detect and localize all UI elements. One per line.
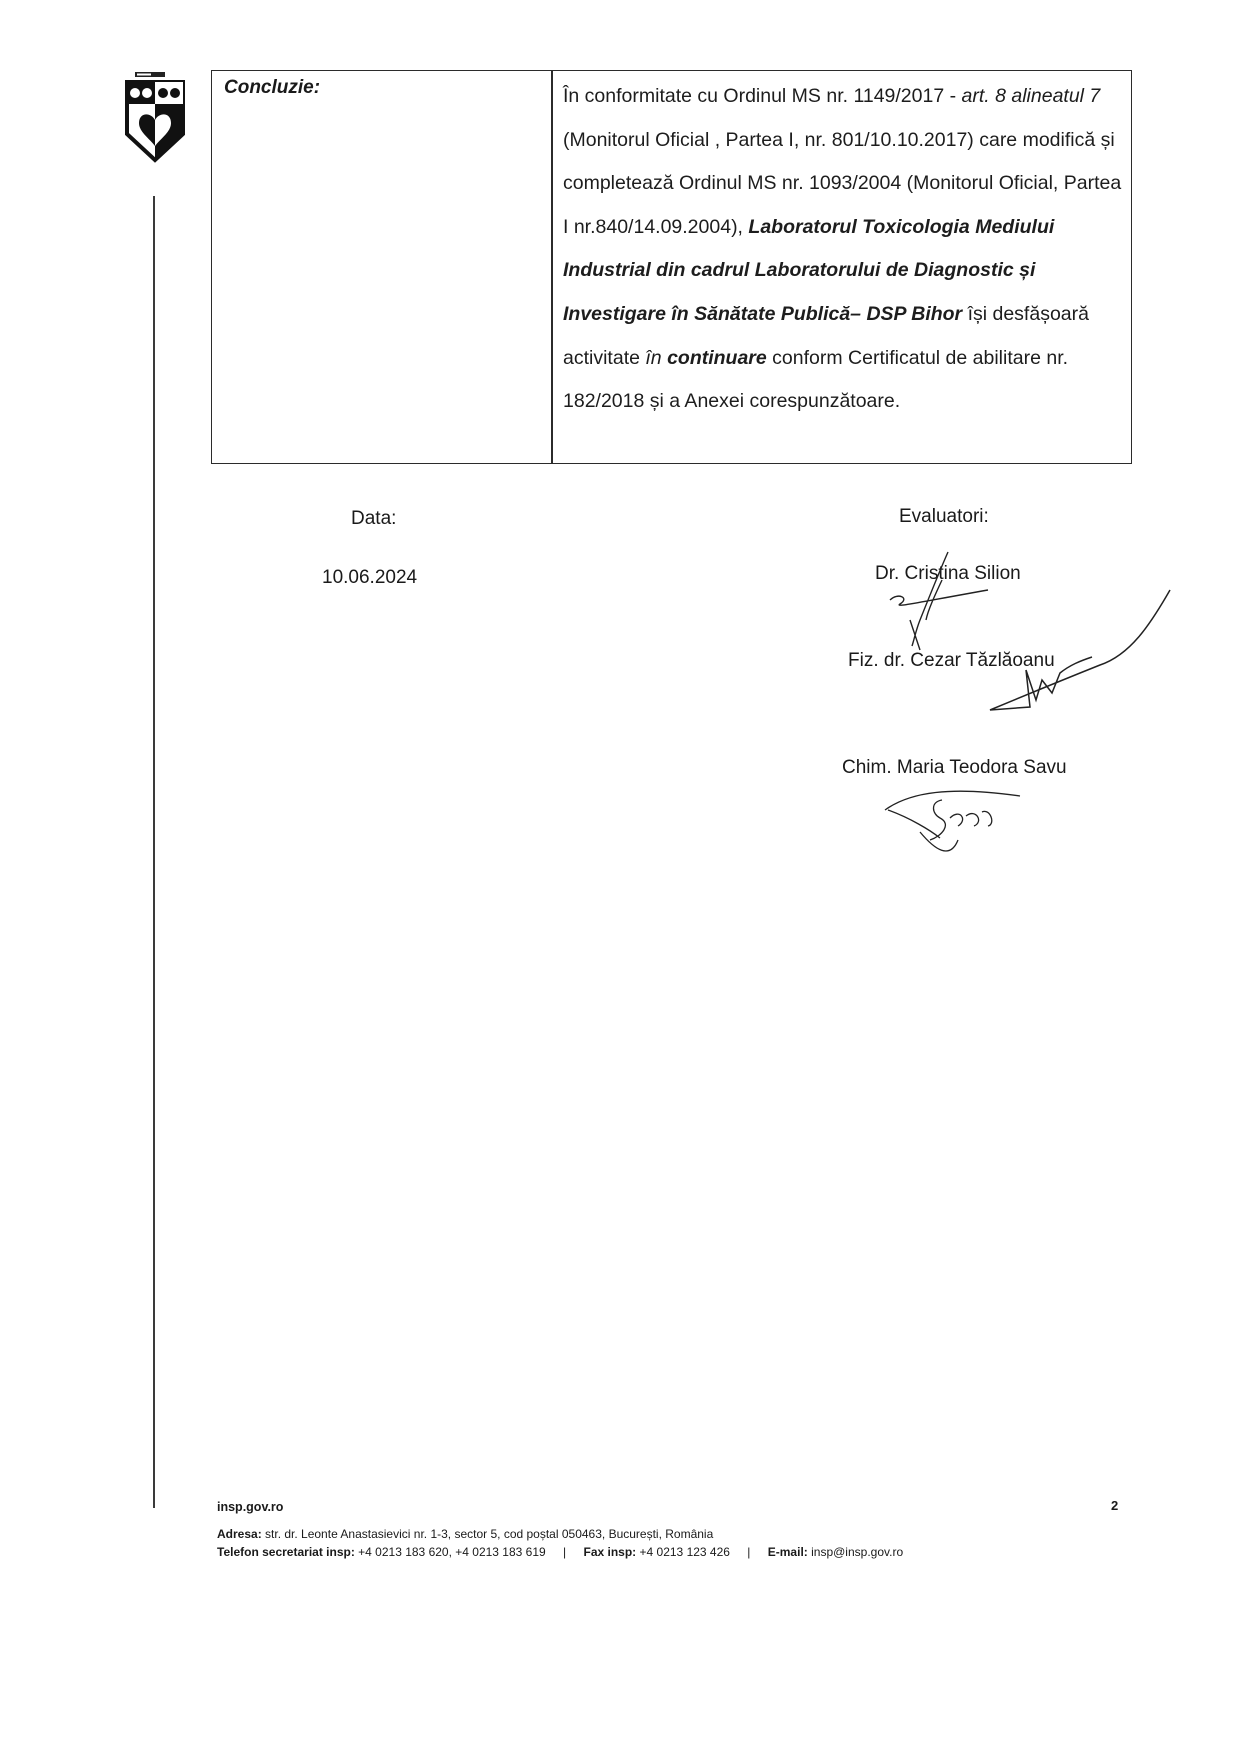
handwritten-signature-icon — [880, 780, 1030, 860]
evaluators-label: Evaluatori: — [899, 506, 989, 528]
conclusion-table: Concluzie: În conformitate cu Ordinul MS… — [211, 70, 1132, 464]
phone-value: +4 0213 183 620, +4 0213 183 619 — [355, 1545, 546, 1559]
evaluator-name: Dr. Cristina Silion — [875, 563, 1021, 585]
conclusion-segment: În conformitate cu Ordinul MS nr. 1149/2… — [563, 85, 962, 107]
footer-contacts: Telefon secretariat insp: +4 0213 183 62… — [217, 1545, 903, 1559]
footer-website: insp.gov.ro — [217, 1500, 283, 1514]
date-label: Data: — [351, 508, 396, 530]
email-label: E-mail: — [768, 1545, 808, 1559]
footer-address: Adresa: str. dr. Leonte Anastasievici nr… — [217, 1527, 713, 1541]
address-value: str. dr. Leonte Anastasievici nr. 1-3, s… — [262, 1527, 714, 1541]
email-value: insp@insp.gov.ro — [808, 1545, 903, 1559]
margin-rule — [153, 196, 155, 1508]
date-value: 10.06.2024 — [322, 567, 417, 589]
separator: | — [563, 1545, 566, 1559]
conclusion-segment: continuare — [667, 347, 767, 369]
separator: | — [747, 1545, 750, 1559]
conclusion-segment: art. 8 alineatul 7 — [962, 85, 1101, 107]
fax-label: Fax insp: — [584, 1545, 637, 1559]
shield-heart-logo-icon — [123, 72, 187, 164]
conclusion-text: În conformitate cu Ordinul MS nr. 1149/2… — [563, 75, 1123, 424]
conclusion-label: Concluzie: — [224, 77, 320, 99]
conclusion-segment: în — [645, 347, 661, 369]
evaluator-name: Chim. Maria Teodora Savu — [842, 757, 1067, 779]
evaluator-name: Fiz. dr. Cezar Tăzlăoanu — [848, 650, 1055, 672]
phone-label: Telefon secretariat insp: — [217, 1545, 355, 1559]
address-label: Adresa: — [217, 1527, 262, 1541]
fax-value: +4 0213 123 426 — [636, 1545, 730, 1559]
page-number: 2 — [1111, 1498, 1118, 1513]
table-divider — [551, 71, 553, 463]
